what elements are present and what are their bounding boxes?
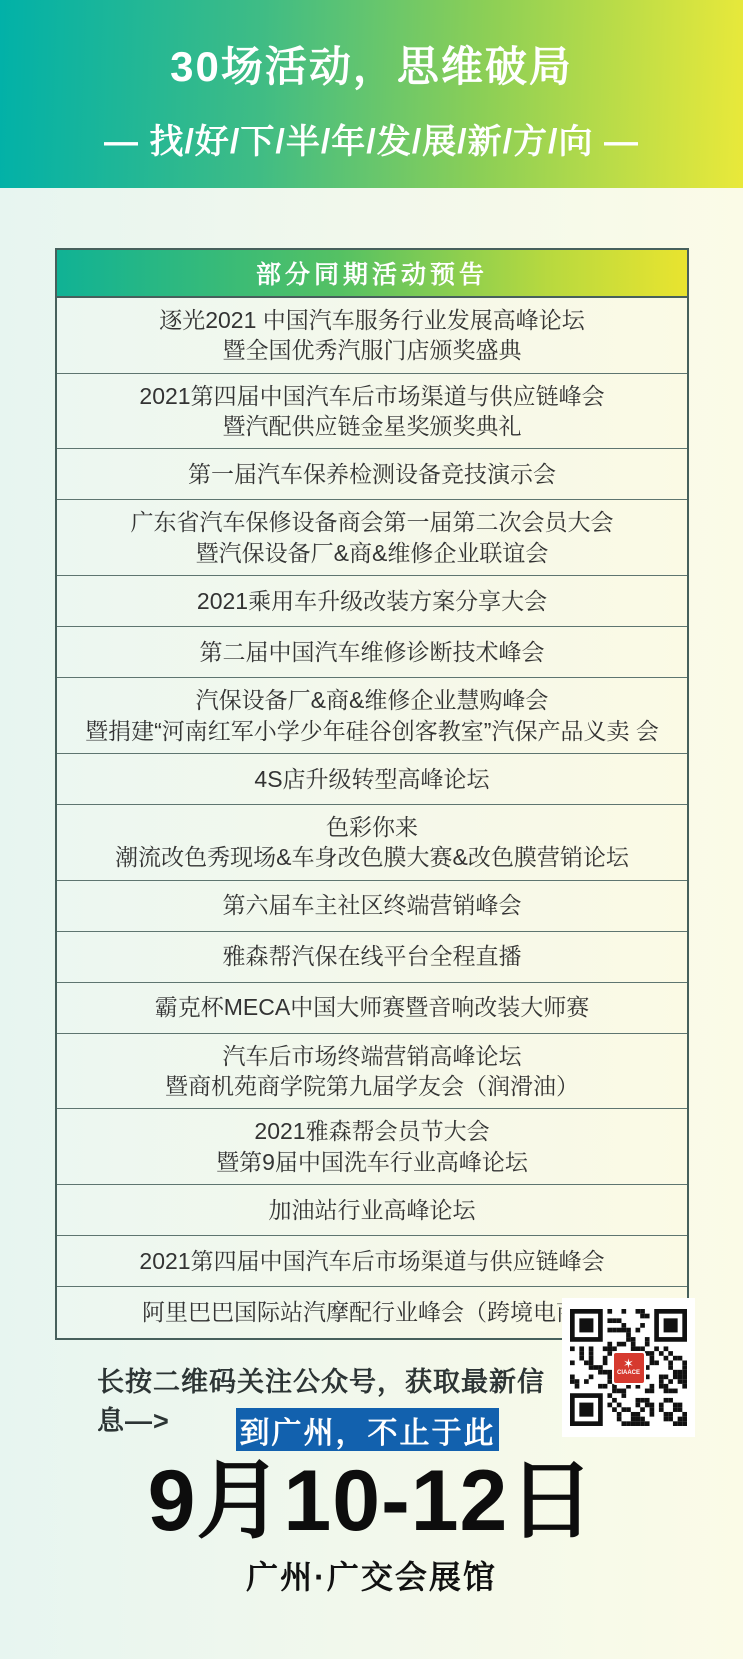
event-title-line: 暨汽配供应链金星奖颁奖典礼 xyxy=(69,411,675,441)
table-row: 逐光2021 中国汽车服务行业发展高峰论坛暨全国优秀汽服门店颁奖盛典 xyxy=(57,298,687,374)
table-header: 部分同期活动预告 xyxy=(57,250,687,298)
event-title-line: 暨汽保设备厂&商&维修企业联谊会 xyxy=(69,538,675,568)
top-banner: 30场活动，思维破局 — 找/好/下/半/年/发/展/新/方/向 — xyxy=(0,0,743,188)
event-title-line: 2021第四届中国汽车后市场渠道与供应链峰会 xyxy=(69,381,675,411)
event-venue: 广州·广交会展馆 xyxy=(0,1552,743,1598)
table-row: 色彩你来潮流改色秀现场&车身改色膜大赛&改色膜营销论坛 xyxy=(57,805,687,881)
event-title-line: 霸克杯MECA中国大师赛暨音响改装大师赛 xyxy=(69,992,675,1022)
event-date: 9月10-12日 xyxy=(0,1458,743,1544)
event-title-line: 第二届中国汽车维修诊断技术峰会 xyxy=(69,637,675,667)
event-title-line: 潮流改色秀现场&车身改色膜大赛&改色膜营销论坛 xyxy=(69,842,675,872)
banner-title: 30场活动，思维破局 xyxy=(0,0,743,94)
event-title-line: 暨第9届中国洗车行业高峰论坛 xyxy=(69,1147,675,1177)
table-row: 汽车后市场终端营销高峰论坛暨商机苑商学院第九届学友会（润滑油） xyxy=(57,1034,687,1110)
ciaace-logo-text: CIAACE xyxy=(617,1370,640,1377)
event-title-line: 2021第四届中国汽车后市场渠道与供应链峰会 xyxy=(69,1246,675,1276)
table-row: 4S店升级转型高峰论坛 xyxy=(57,754,687,805)
event-schedule-table: 部分同期活动预告 逐光2021 中国汽车服务行业发展高峰论坛暨全国优秀汽服门店颁… xyxy=(55,248,689,1340)
table-row: 2021雅森帮会员节大会暨第9届中国洗车行业高峰论坛 xyxy=(57,1109,687,1185)
event-title-line: 2021雅森帮会员节大会 xyxy=(69,1116,675,1146)
event-title-line: 广东省汽车保修设备商会第一届第二次会员大会 xyxy=(69,507,675,537)
table-row: 2021第四届中国汽车后市场渠道与供应链峰会 xyxy=(57,1236,687,1287)
event-title-line: 暨商机苑商学院第九届学友会（润滑油） xyxy=(69,1071,675,1101)
event-table-body: 逐光2021 中国汽车服务行业发展高峰论坛暨全国优秀汽服门店颁奖盛典 2021第… xyxy=(57,298,687,1338)
banner-subtitle: — 找/好/下/半/年/发/展/新/方/向 — xyxy=(0,114,743,163)
table-row: 雅森帮汽保在线平台全程直播 xyxy=(57,932,687,983)
table-row: 广东省汽车保修设备商会第一届第二次会员大会暨汽保设备厂&商&维修企业联谊会 xyxy=(57,500,687,576)
event-title-line: 汽车后市场终端营销高峰论坛 xyxy=(69,1041,675,1071)
table-row: 第六届车主社区终端营销峰会 xyxy=(57,881,687,932)
event-title-line: 暨捐建“河南红军小学少年硅谷创客教室”汽保产品义卖 会 xyxy=(69,716,675,746)
event-title-line: 暨全国优秀汽服门店颁奖盛典 xyxy=(69,335,675,365)
table-row: 第一届汽车保养检测设备竞技演示会 xyxy=(57,449,687,500)
event-title-line: 色彩你来 xyxy=(69,812,675,842)
table-row: 霸克杯MECA中国大师赛暨音响改装大师赛 xyxy=(57,983,687,1034)
location-badge: 到广州，不止于此 xyxy=(236,1408,499,1451)
table-row: 第二届中国汽车维修诊断技术峰会 xyxy=(57,627,687,678)
event-title-line: 雅森帮汽保在线平台全程直播 xyxy=(69,941,675,971)
qr-code-icon: ✶ CIAACE xyxy=(570,1309,687,1426)
table-row: 2021乘用车升级改装方案分享大会 xyxy=(57,576,687,627)
event-title-line: 逐光2021 中国汽车服务行业发展高峰论坛 xyxy=(69,305,675,335)
event-title-line: 加油站行业高峰论坛 xyxy=(69,1195,675,1225)
event-title-line: 第六届车主社区终端营销峰会 xyxy=(69,890,675,920)
ciaace-logo-glyph: ✶ xyxy=(623,1357,634,1370)
event-title-line: 2021乘用车升级改装方案分享大会 xyxy=(69,586,675,616)
event-title-line: 第一届汽车保养检测设备竞技演示会 xyxy=(69,459,675,489)
table-row: 加油站行业高峰论坛 xyxy=(57,1185,687,1236)
event-title-line: 汽保设备厂&商&维修企业慧购峰会 xyxy=(69,685,675,715)
table-row: 2021第四届中国汽车后市场渠道与供应链峰会暨汽配供应链金星奖颁奖典礼 xyxy=(57,374,687,450)
qr-block: ✶ CIAACE xyxy=(562,1298,695,1437)
event-title-line: 4S店升级转型高峰论坛 xyxy=(69,764,675,794)
ciaace-logo: ✶ CIAACE xyxy=(612,1351,646,1385)
table-row: 汽保设备厂&商&维修企业慧购峰会暨捐建“河南红军小学少年硅谷创客教室”汽保产品义… xyxy=(57,678,687,754)
